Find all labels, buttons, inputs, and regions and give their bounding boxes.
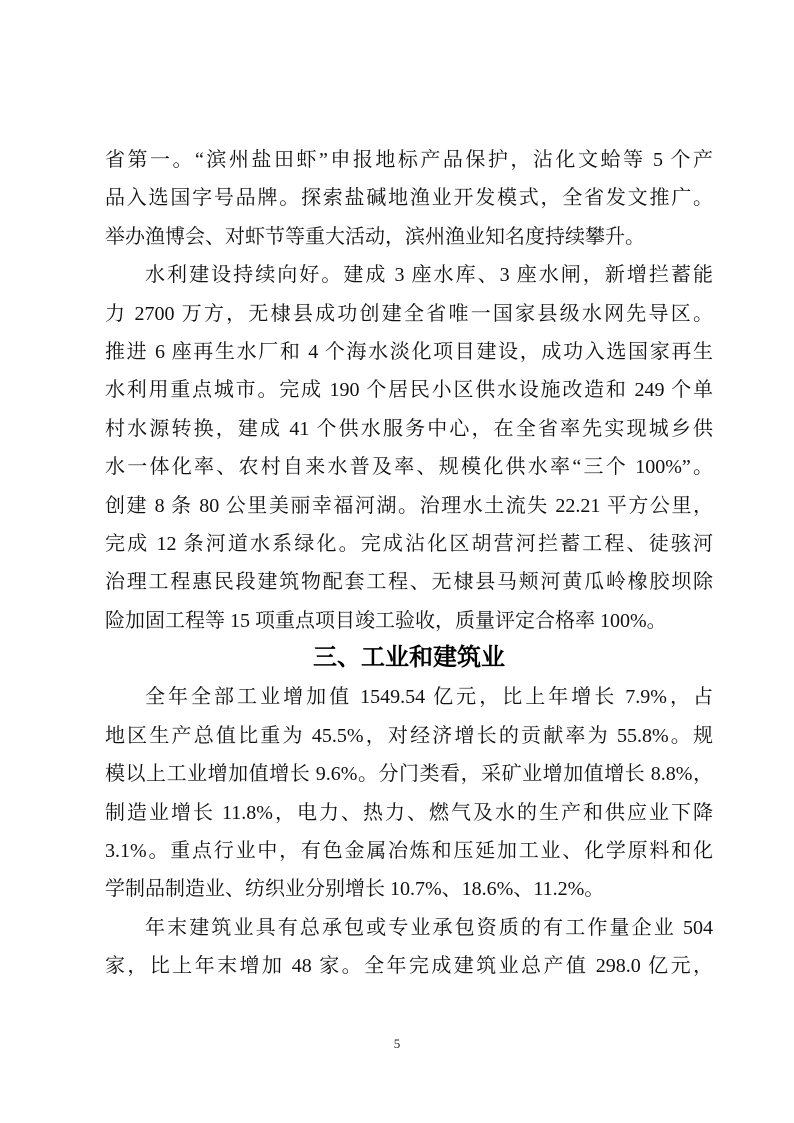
paragraph-line: 水利用重点城市。完成 190 个居民小区供水设施改造和 249 个单 [105, 371, 713, 409]
paragraph-line: 水一体化率、农村自来水普及率、规模化供水率“三个 100%”。 [105, 448, 713, 486]
paragraph-line: 举办渔博会、对虾节等重大活动，滨州渔业知名度持续攀升。 [105, 218, 713, 256]
paragraph-line: 制造业增长 11.8%，电力、热力、燃气及水的生产和供应业下降 [105, 794, 713, 832]
paragraph-line: 险加固工程等 15 项重点项目竣工验收，质量评定合格率 100%。 [105, 602, 713, 640]
paragraph-line: 模以上工业增加值增长 9.6%。分门类看，采矿业增加值增长 8.8%， [105, 755, 713, 793]
paragraph-line: 村水源转换，建成 41 个供水服务中心，在全省率先实现城乡供 [105, 410, 713, 448]
paragraph-line: 推进 6 座再生水厂和 4 个海水淡化项目建设，成功入选国家再生 [105, 333, 713, 371]
paragraph-line: 创建 8 条 80 公里美丽幸福河湖。治理水土流失 22.21 平方公里， [105, 487, 713, 525]
paragraph-line: 治理工程惠民段建筑物配套工程、无棣县马颊河黄瓜岭橡胶坝除 [105, 563, 713, 601]
paragraph-line: 水利建设持续向好。建成 3 座水库、3 座水闸，新增拦蓄能 [105, 256, 713, 294]
paragraph-line: 品入选国字号品牌。探索盐碱地渔业开发模式，全省发文推广。 [105, 179, 713, 217]
paragraph-line: 全年全部工业增加值 1549.54 亿元，比上年增长 7.9%，占 [105, 678, 713, 716]
section-heading: 三、工业和建筑业 [105, 640, 713, 678]
page-number: 5 [0, 1036, 794, 1052]
document-page: 省第一。“滨州盐田虾”申报地标产品保护，沾化文蛤等 5 个产 品入选国字号品牌。… [0, 0, 794, 1123]
paragraph-line: 力 2700 万方，无棣县成功创建全省唯一国家县级水网先导区。 [105, 295, 713, 333]
paragraph-line: 家，比上年末增加 48 家。全年完成建筑业总产值 298.0 亿元， [105, 947, 713, 985]
paragraph-line: 地区生产总值比重为 45.5%，对经济增长的贡献率为 55.8%。规 [105, 717, 713, 755]
paragraph-line: 年末建筑业具有总承包或专业承包资质的有工作量企业 504 [105, 909, 713, 947]
paragraph-line: 完成 12 条河道水系绿化。完成沾化区胡营河拦蓄工程、徒骇河 [105, 525, 713, 563]
paragraph-line: 省第一。“滨州盐田虾”申报地标产品保护，沾化文蛤等 5 个产 [105, 141, 713, 179]
body-text: 省第一。“滨州盐田虾”申报地标产品保护，沾化文蛤等 5 个产 品入选国字号品牌。… [105, 141, 713, 986]
paragraph-line: 3.1%。重点行业中，有色金属冶炼和压延加工业、化学原料和化 [105, 832, 713, 870]
paragraph-line: 学制品制造业、纺织业分别增长 10.7%、18.6%、11.2%。 [105, 870, 713, 908]
